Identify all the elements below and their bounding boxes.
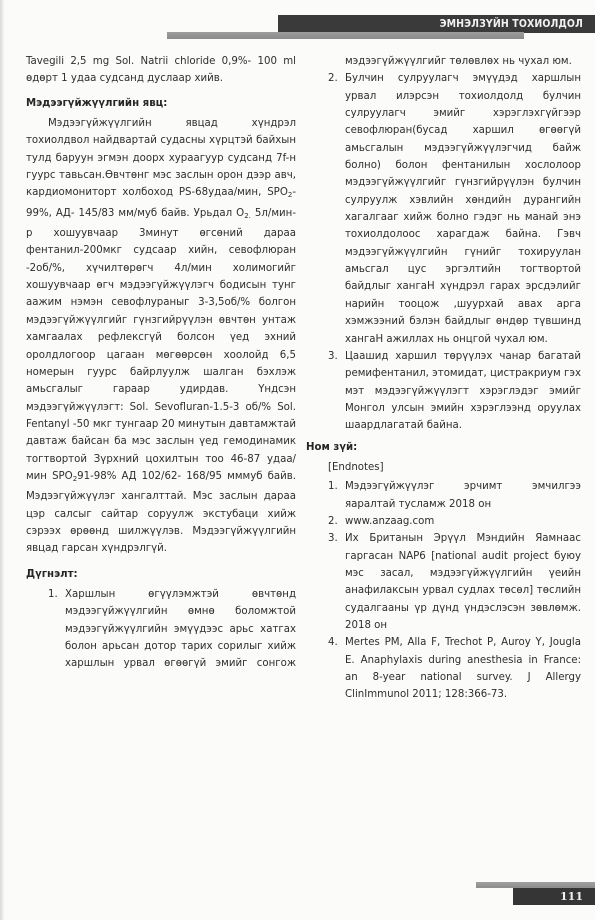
list-number: 1. — [48, 586, 58, 603]
conclusion-list: 1. Харшлын өгүүлэмжтэй өвчтөнд мэдээгүйж… — [26, 586, 296, 673]
left-column: Tavegili 2,5 mg Sol. Natrii chloride 0,9… — [26, 53, 296, 673]
conclusion-item-text: Харшлын өгүүлэмжтэй өвчтөнд мэдээгүйжүүл… — [65, 586, 296, 673]
list-number: 3. — [328, 348, 338, 365]
conclusion-item-text: Булчин сулруулагч эмүүдэд харшлын урвал … — [345, 70, 581, 348]
references-heading: Ном зүй: — [306, 439, 581, 456]
intro-paragraph: Tavegili 2,5 mg Sol. Natrii chloride 0,9… — [26, 53, 296, 88]
reference-text: Mertes PM, Alla F, Trechot P, Auroy Y, J… — [345, 634, 581, 703]
anesthesia-heading: Мэдээгүйжүүлгийн явц: — [26, 95, 296, 112]
reference-item: 1. Мэдээгүйжүүлэг эрчимт эмчилгээ яаралт… — [306, 478, 581, 513]
reference-text: Их Британын Эрүүл Мэндийн Яамнаас гаргас… — [345, 530, 581, 634]
list-number: 2. — [328, 513, 338, 530]
conclusion-item: 2. Булчин сулруулагч эмүүдэд харшлын урв… — [306, 70, 581, 348]
header-accent-rule — [167, 32, 524, 39]
section-title: ЭМНЭЛЗҮЙН ТОХИОЛДОЛ — [440, 16, 583, 32]
conclusion-heading: Дүгнэлт: — [26, 566, 296, 583]
list-number: 1. — [328, 478, 338, 495]
list-number: 2. — [328, 70, 338, 87]
anesthesia-text-1: Мэдээгүйжүүлгийн явцад хүндрэл тохиолдво… — [26, 118, 296, 198]
anesthesia-paragraph: Мэдээгүйжүүлгийн явцад хүндрэл тохиолдво… — [26, 115, 296, 558]
list-number: 4. — [328, 634, 338, 651]
reference-item: 2. www.anzaag.com — [306, 513, 581, 530]
references-list: 1. Мэдээгүйжүүлэг эрчимт эмчилгээ яаралт… — [306, 478, 581, 703]
reference-item: 4. Mertes PM, Alla F, Trechot P, Auroy Y… — [306, 634, 581, 703]
conclusion-item-continued: мэдээгүйжүүлгийг төлөвлөх нь чухал юм. — [306, 53, 581, 70]
conclusion-item: 1. Харшлын өгүүлэмжтэй өвчтөнд мэдээгүйж… — [26, 586, 296, 673]
conclusion-item: 3. Цаашид харшил төрүүлэх чанар багатай … — [306, 348, 581, 435]
endnotes-label: [Endnotes] — [306, 459, 581, 476]
reference-link[interactable]: www.anzaag.com — [345, 513, 581, 530]
reference-text: Мэдээгүйжүүлэг эрчимт эмчилгээ яаралтай … — [345, 478, 581, 513]
reference-item: 3. Их Британын Эрүүл Мэндийн Яамнаас гар… — [306, 530, 581, 634]
page-binding-shadow — [0, 0, 4, 920]
page-number: 111 — [560, 888, 583, 905]
anesthesia-text-4: 91-98% АД 102/62- 168/95 мммуб байв. Мэд… — [26, 471, 296, 554]
right-column: мэдээгүйжүүлгийг төлөвлөх нь чухал юм. 2… — [306, 53, 581, 704]
conclusion-list-continued: 2. Булчин сулруулагч эмүүдэд харшлын урв… — [306, 70, 581, 434]
anesthesia-text-3: 5л/мин-р хошуувчаар 3минут өгсөний дараа… — [26, 208, 296, 482]
list-number: 3. — [328, 530, 338, 547]
subscript: 2. — [244, 212, 251, 220]
conclusion-item-text: Цаашид харшил төрүүлэх чанар багатай рем… — [345, 348, 581, 435]
